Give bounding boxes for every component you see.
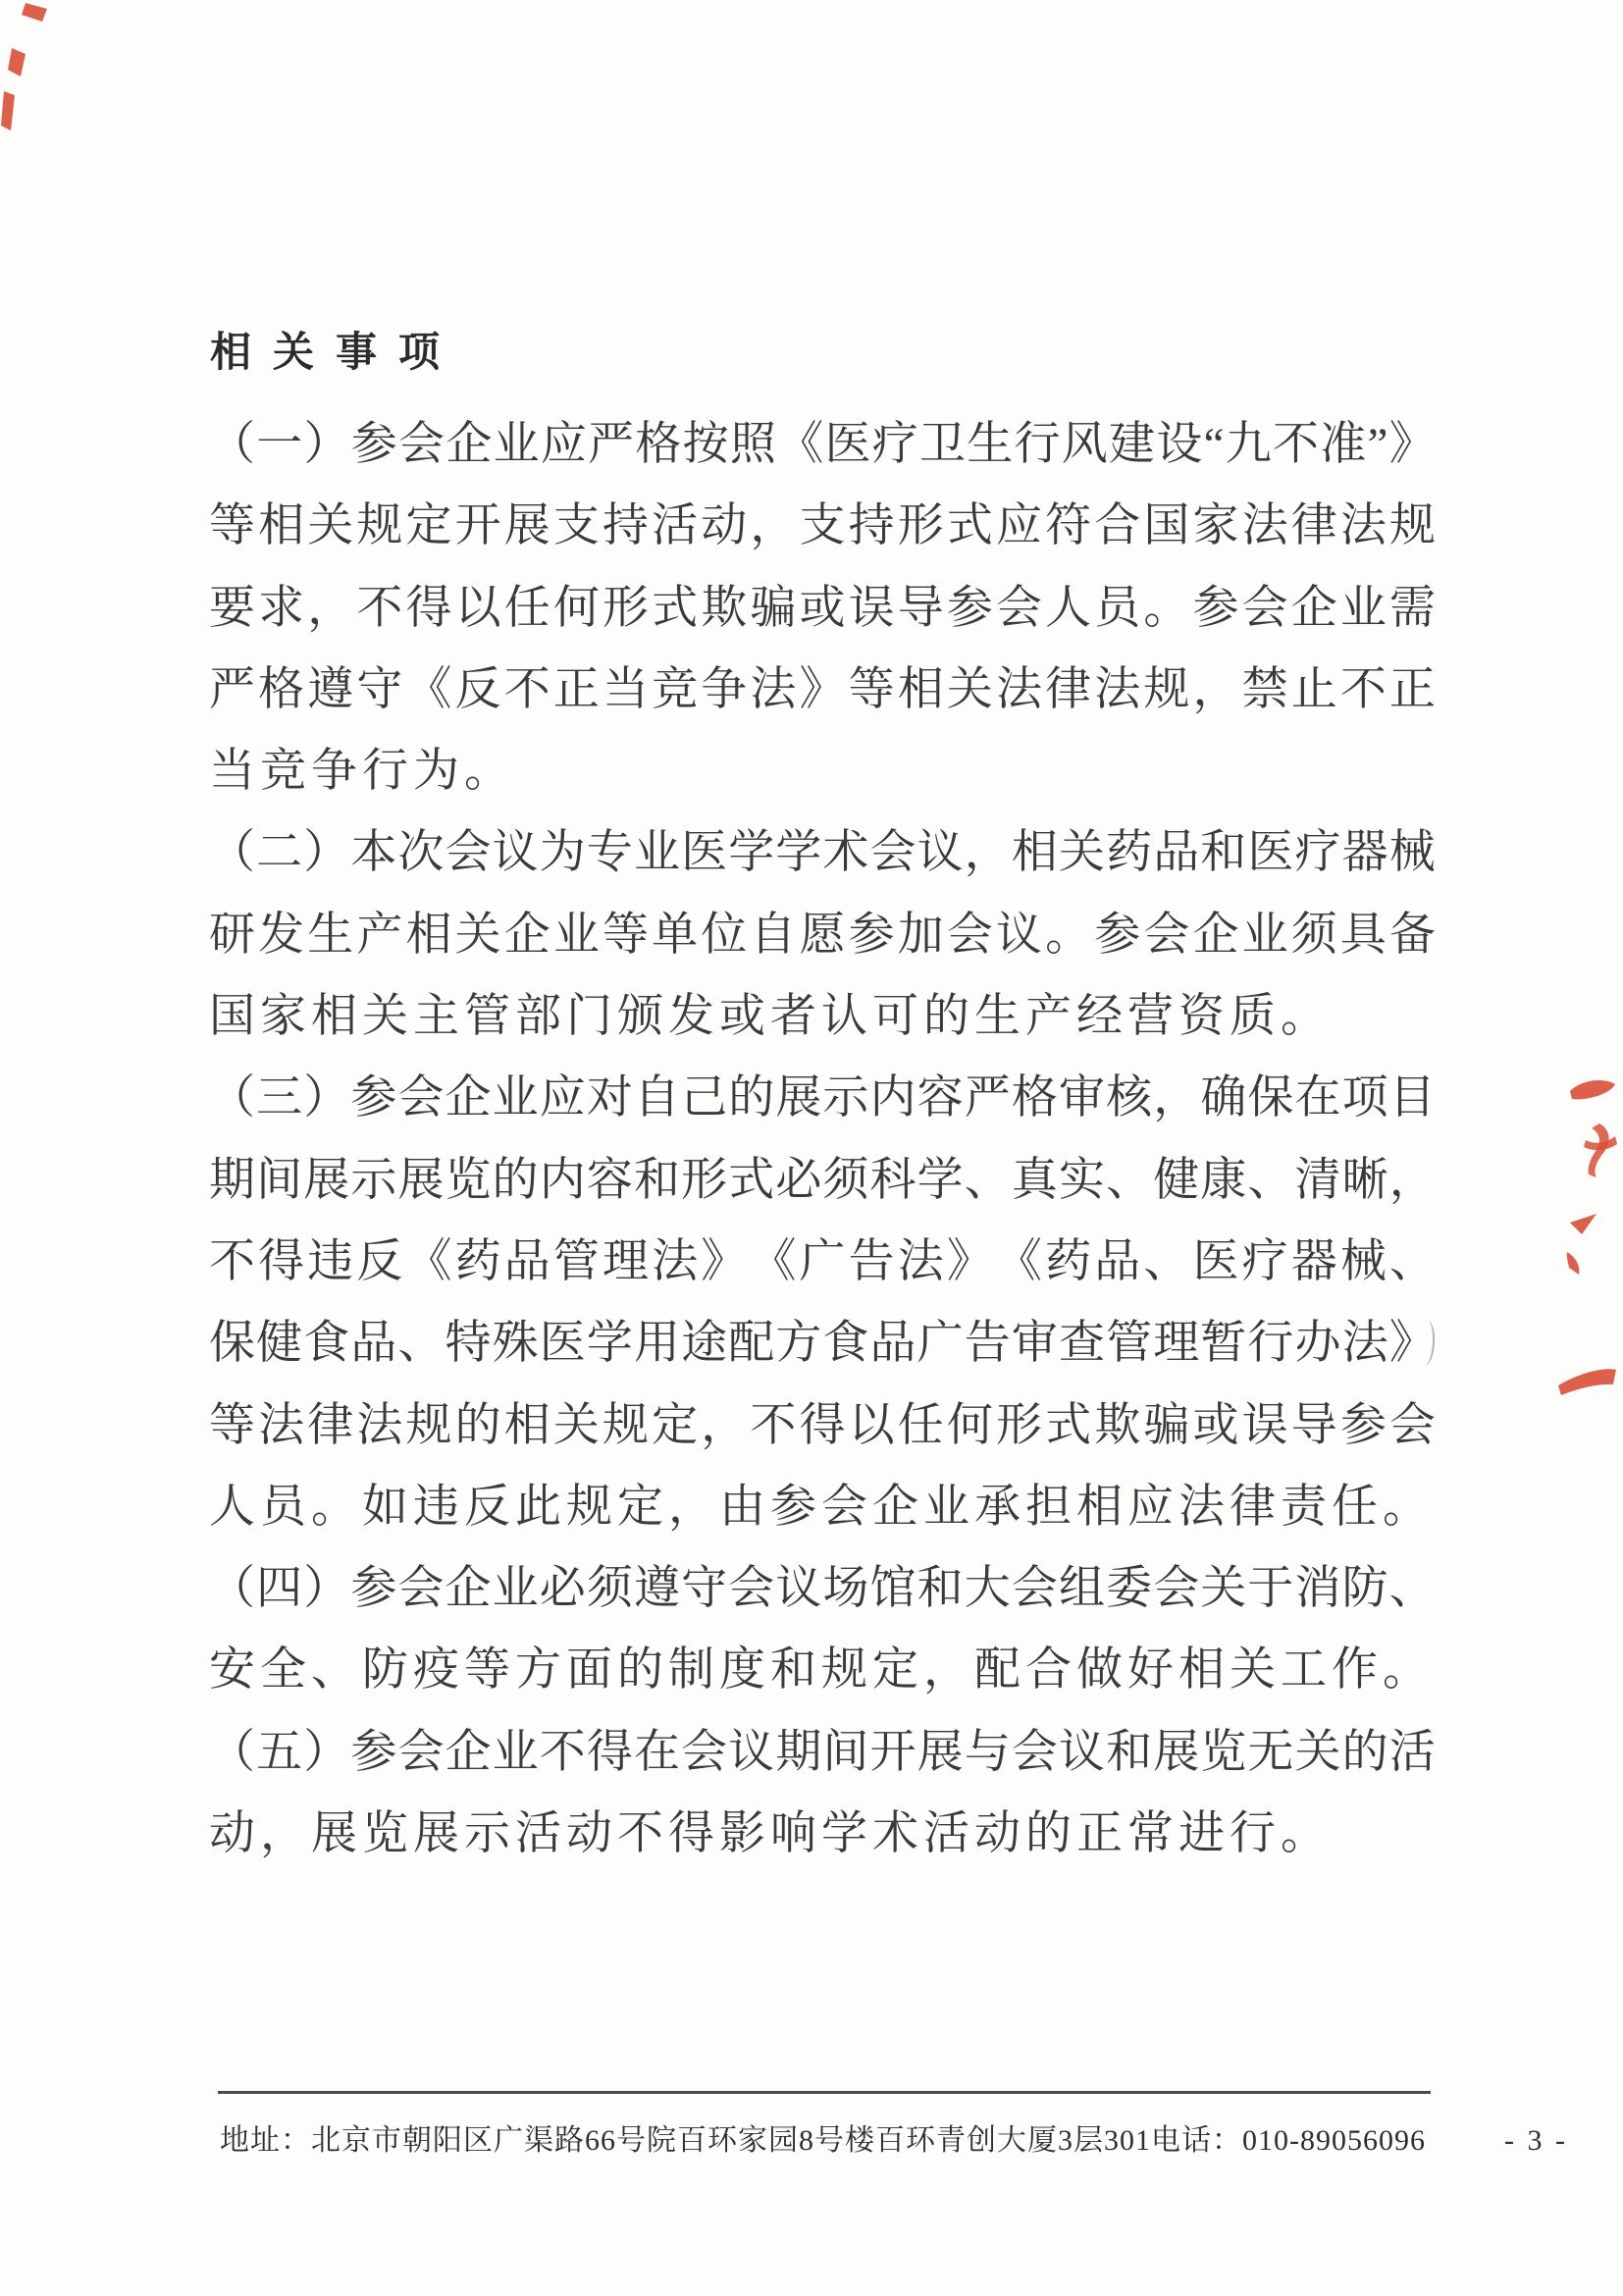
red-stamp-fragment (1423, 1030, 1623, 1423)
text-line: 国家相关主管部门颁发或者认可的生产经营资质。 (209, 988, 1436, 1070)
text-line: 期间展示展览的内容和形式必须科学、真实、健康、清晰， (209, 1152, 1436, 1233)
text-line: （五）参会企业不得在会议期间开展与会议和展览无关的活 (209, 1724, 1436, 1805)
phone-value: 010-89056096 (1242, 2124, 1426, 2157)
address-label: 地址： (220, 2115, 311, 2159)
text-line: （四）参会企业必须遵守会议场馆和大会组委会关于消防、 (209, 1560, 1436, 1642)
text-line: 人员。如违反此规定，由参会企业承担相应法律责任。 (209, 1479, 1436, 1560)
footer-rule (218, 2091, 1431, 2094)
page-title: 相关事项 (210, 320, 461, 379)
paragraph: （一）参会企业应严格按照《医疗卫生行风建设“九不准”》等相关规定开展支持活动，支… (209, 416, 1436, 824)
address-value: 北京市朝阳区广渠路66号院百环家园8号楼百环青创大厦3层301 (311, 2115, 1151, 2159)
text-line: （二）本次会议为专业医学学术会议，相关药品和医疗器械 (209, 824, 1436, 906)
text-line: 当竞争行为。 (209, 743, 1436, 824)
text-line: 安全、防疫等方面的制度和规定，配合做好相关工作。 (209, 1642, 1436, 1723)
paragraph: （四）参会企业必须遵守会议场馆和大会组委会关于消防、安全、防疫等方面的制度和规定… (209, 1560, 1436, 1724)
red-corner-artifact (0, 0, 59, 137)
text-line: 等相关规定开展支持活动，支持形式应符合国家法律法规 (209, 497, 1436, 579)
text-line: 研发生产相关企业等单位自愿参加会议。参会企业须具备 (209, 907, 1436, 988)
text-line: （一）参会企业应严格按照《医疗卫生行风建设“九不准”》 (209, 416, 1436, 497)
text-line: （三）参会企业应对自己的展示内容严格审核，确保在项目 (209, 1070, 1436, 1151)
text-line: 严格遵守《反不正当竞争法》等相关法律法规，禁止不正 (209, 661, 1436, 743)
text-line: 动，展览展示活动不得影响学术活动的正常进行。 (209, 1805, 1436, 1887)
document-page: 相关事项 （一）参会企业应严格按照《医疗卫生行风建设“九不准”》等相关规定开展支… (0, 0, 1623, 2296)
page-number: - 3 - (1504, 2124, 1568, 2158)
document-body: （一）参会企业应严格按照《医疗卫生行风建设“九不准”》等相关规定开展支持活动，支… (209, 416, 1436, 1887)
footer: 地址：北京市朝阳区广渠路66号院百环家园8号楼百环青创大厦3层301 电话：01… (220, 2115, 1456, 2159)
paragraph: （三）参会企业应对自己的展示内容严格审核，确保在项目期间展示展览的内容和形式必须… (209, 1070, 1436, 1560)
phone-label: 电话： (1151, 2124, 1242, 2157)
phone-group: 电话：010-89056096 (1151, 2115, 1426, 2159)
text-line: 不得违反《药品管理法》《广告法》《药品、医疗器械、 (209, 1233, 1436, 1315)
paragraph: （二）本次会议为专业医学学术会议，相关药品和医疗器械研发生产相关企业等单位自愿参… (209, 824, 1436, 1070)
text-line: 要求，不得以任何形式欺骗或误导参会人员。参会企业需 (209, 580, 1436, 661)
paragraph: （五）参会企业不得在会议期间开展与会议和展览无关的活动，展览展示活动不得影响学术… (209, 1724, 1436, 1888)
text-line: 保健食品、特殊医学用途配方食品广告审查管理暂行办法》 (209, 1315, 1436, 1396)
text-line: 等法律法规的相关规定，不得以任何形式欺骗或误导参会 (209, 1397, 1436, 1479)
